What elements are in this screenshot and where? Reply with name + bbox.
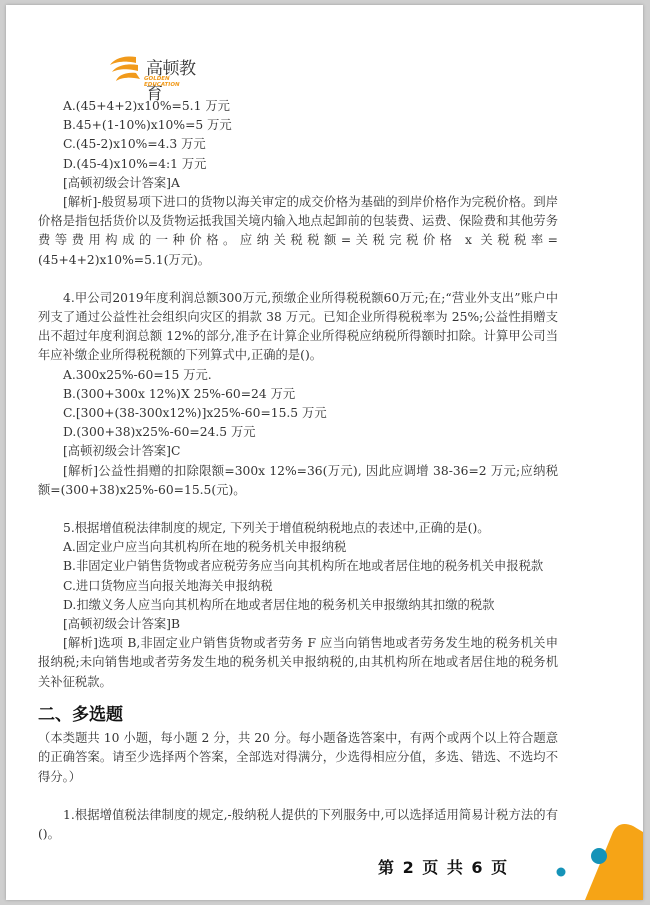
q3-option-b: B.45+(1-10%)x10%=5 万元: [38, 116, 558, 135]
q5-option-d: D.扣缴义务人应当向其机构所在地或者居住地的税务机关申报缴纳其扣缴的税款: [38, 596, 558, 615]
logo-swoosh-icon: [106, 53, 146, 87]
q4-analysis: [解析]公益性捐赠的扣除限额=300x 12%=36(万元), 因此应调增 38…: [38, 462, 558, 500]
section-instructions: （本类题共 10 小题，每小题 2 分，共 20 分。每小题备选答案中，有两个或…: [38, 729, 558, 787]
q4-option-c: C.[300+(38-300x12%)]x25%-60=15.5 万元: [38, 404, 558, 423]
q5-option-c: C.进口货物应当向报关地海关申报纳税: [38, 577, 558, 596]
section-title-multiple-choice: 二、多选题: [38, 706, 558, 725]
q3-answer: [高顿初级会计答案]A: [38, 174, 558, 193]
q3-option-d: D.(45-4)x10%=4:1 万元: [38, 155, 558, 174]
q4-option-a: A.300x25%-60=15 万元.: [38, 366, 558, 385]
q3-option-a: A.(45+4+2)x10%=5.1 万元: [38, 97, 558, 116]
q5-analysis: [解析]选项 B,非固定业户销售货物或者劳务 F 应当向销售地或者劳务发生地的税…: [38, 634, 558, 692]
q4-answer: [高顿初级会计答案]C: [38, 442, 558, 461]
page-number: 第 2 页 共 6 页: [378, 855, 507, 878]
q5-stem: 5.根据增值税法律制度的规定, 下列关于增值税纳税地点的表述中,正确的是()。: [38, 519, 558, 538]
q3-option-c: C.(45-2)x10%=4.3 万元: [38, 135, 558, 154]
q4-stem: 4.甲公司2019年度利润总额300万元,预缴企业所得税税额60万元;在;“营业…: [38, 289, 558, 366]
q4-option-b: B.(300+300x 12%)X 25%-60=24 万元: [38, 385, 558, 404]
golden-education-logo: 高顿教育 GOLDEN EDUCATION: [106, 53, 206, 89]
section2-q1-stem: 1.根据增值税法律制度的规定,-般纳税人提供的下列服务中,可以选择适用简易计税方…: [38, 806, 558, 844]
corner-decoration-icon: [533, 810, 643, 900]
q3-analysis: [解析]-般贸易项下进口的货物以海关审定的成交价格为基础的到岸价格作为完税价格。…: [38, 193, 558, 270]
document-page: 高顿教育 GOLDEN EDUCATION A.(45+4+2)x10%=5.1…: [6, 5, 643, 900]
q5-option-a: A.固定业户应当向其机构所在地的税务机关申报纳税: [38, 538, 558, 557]
q5-option-b: B.非固定业户销售货物或者应税劳务应当向其机构所在地或者居住地的税务机关申报税款: [38, 557, 558, 576]
q4-option-d: D.(300+38)x25%-60=24.5 万元: [38, 423, 558, 442]
q5-answer: [高顿初级会计答案]B: [38, 615, 558, 634]
logo-subtitle: GOLDEN EDUCATION: [144, 76, 206, 88]
document-body: A.(45+4+2)x10%=5.1 万元 B.45+(1-10%)x10%=5…: [38, 97, 558, 844]
